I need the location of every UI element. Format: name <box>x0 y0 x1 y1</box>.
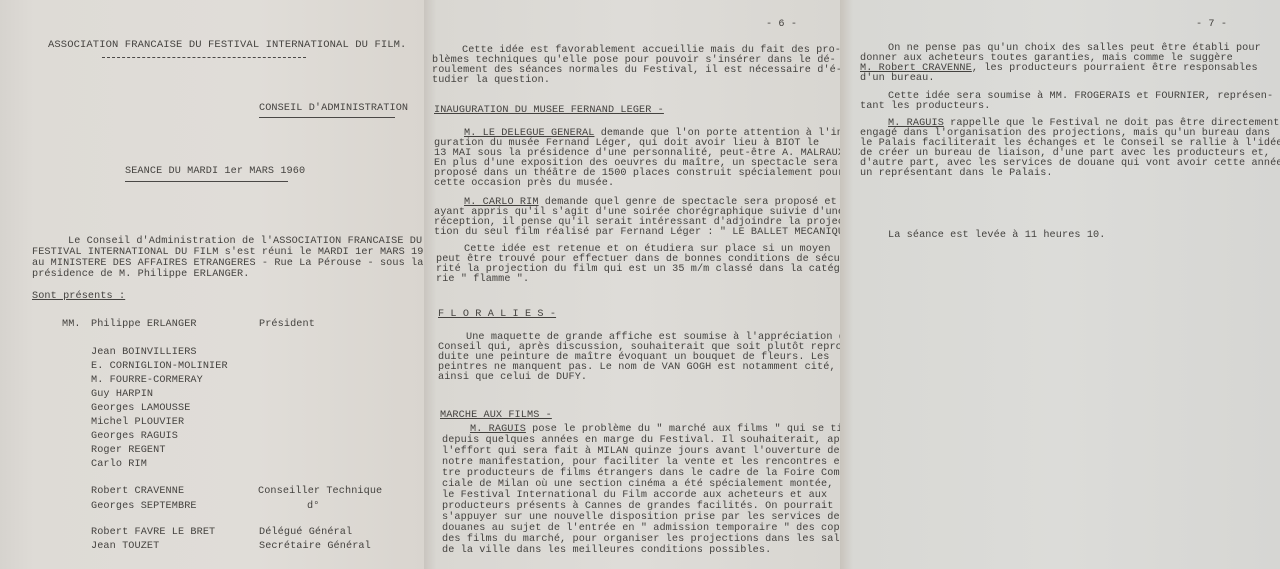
attendee-name: Robert CRAVENNE <box>91 487 184 497</box>
present-label: Sont présents : <box>32 292 125 302</box>
attendee-role: Secrétaire Général <box>259 542 371 552</box>
attendee-name: Jean BOINVILLIERS <box>91 348 197 358</box>
page-number: - 6 - <box>766 20 797 30</box>
section-title-floralies: F L O R A L I E S - <box>438 310 556 320</box>
attendee-name: Michel PLOUVIER <box>91 418 184 428</box>
closing-line: La séance est levée à 11 heures 10. <box>888 231 1105 241</box>
attendee-name: Carlo RIM <box>91 460 147 470</box>
attendee-name: Georges RAGUIS <box>91 432 178 442</box>
session-title: SEANCE DU MARDI 1er MARS 1960 <box>125 167 305 177</box>
attendee-name: M. FOURRE-CORMERAY <box>91 376 203 386</box>
attendee-role: Délégué Général <box>259 528 352 538</box>
council-title: CONSEIL D'ADMINISTRATION <box>259 104 408 114</box>
attendee-name: Guy HARPIN <box>91 390 153 400</box>
attendee-name: Philippe ERLANGER <box>91 320 197 330</box>
association-header: ASSOCIATION FRANCAISE DU FESTIVAL INTERN… <box>48 40 406 50</box>
attendee-name: Jean TOUZET <box>91 542 159 552</box>
section-title-marche-aux-films: MARCHE AUX FILMS - <box>440 411 552 421</box>
attendee-role: d° <box>307 502 319 512</box>
attendee-role: Conseiller Technique <box>258 487 382 497</box>
session-title-underline <box>125 181 288 182</box>
section-title-musee-leger: INAUGURATION DU MUSEE FERNAND LEGER - <box>434 106 664 116</box>
attendee-name: Robert FAVRE LE BRET <box>91 528 215 538</box>
document-page-7: - 7 - On ne pense pas qu'un choix des sa… <box>840 0 1280 569</box>
attendee-name: Georges SEPTEMBRE <box>91 502 197 512</box>
document-page-1: ASSOCIATION FRANCAISE DU FESTIVAL INTERN… <box>0 0 424 569</box>
attendee-name: E. CORNIGLION-MOLINIER <box>91 362 228 372</box>
attendee-name: Georges LAMOUSSE <box>91 404 190 414</box>
speaker: M. RAGUIS <box>470 424 526 435</box>
header-dashed-rule <box>102 57 306 58</box>
page-number: - 7 - <box>1196 20 1227 30</box>
document-page-6: - 6 - Cette idée est favorablement accue… <box>424 0 840 569</box>
attendee-prefix: MM. <box>62 320 81 330</box>
attendee-name: Roger REGENT <box>91 446 166 456</box>
council-title-underline <box>259 117 395 118</box>
attendee-role: Président <box>259 320 315 330</box>
